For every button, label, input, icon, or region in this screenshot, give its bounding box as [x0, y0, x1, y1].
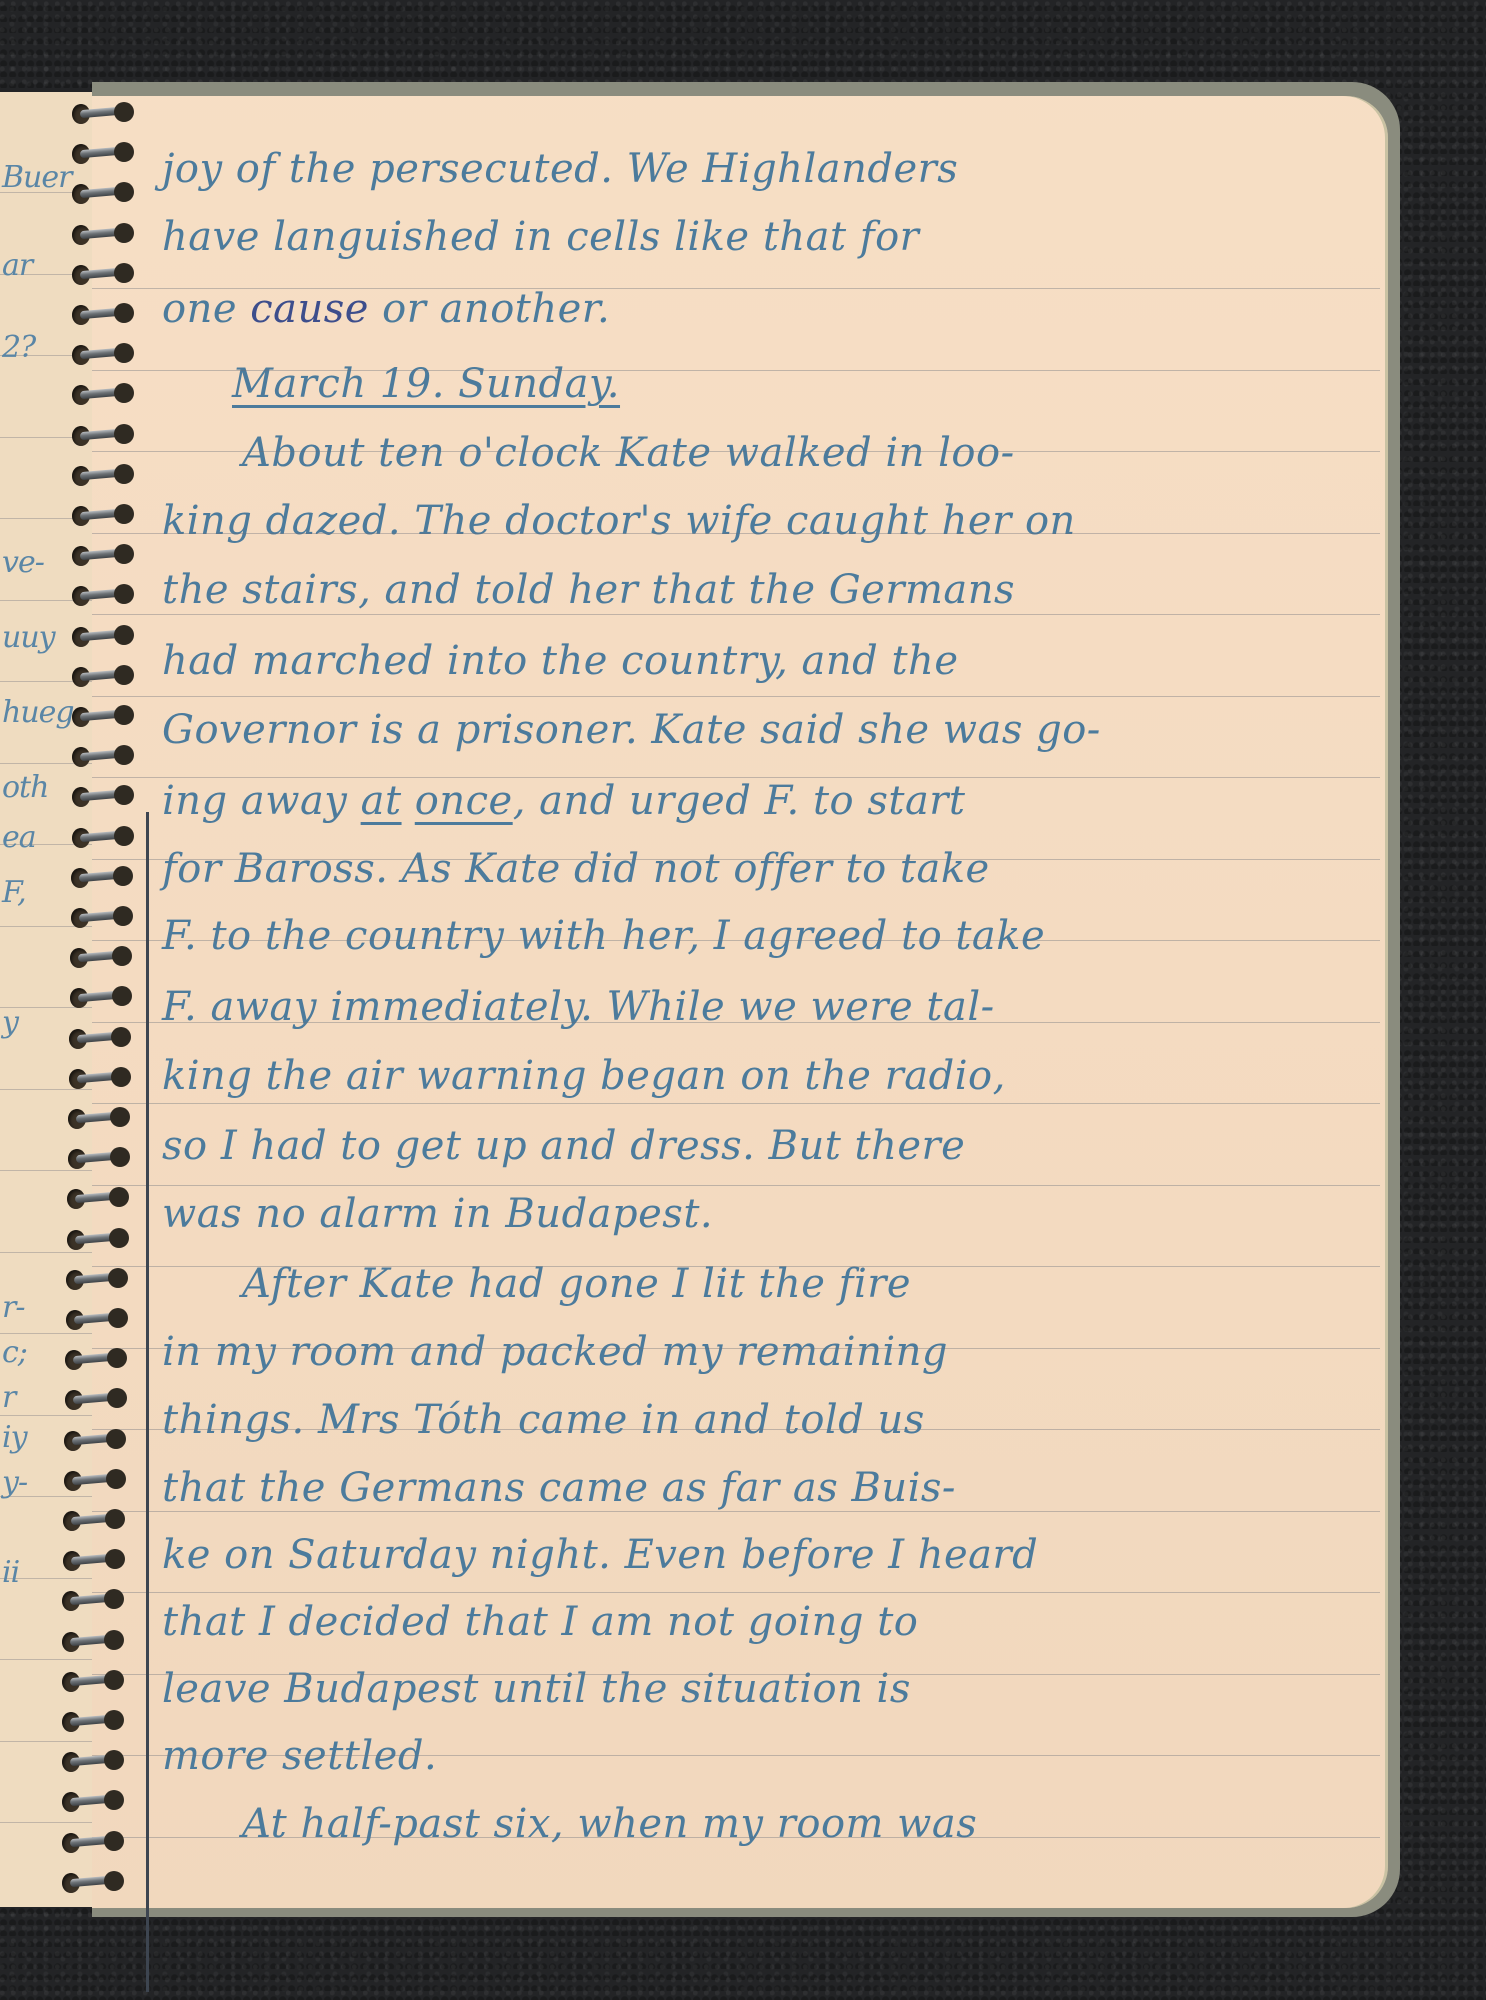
spiral-coil [72, 462, 134, 488]
ruled-line [92, 451, 1380, 452]
ruled-line [92, 1592, 1380, 1593]
ruled-line [92, 1755, 1380, 1756]
handwritten-text-area: joy of the persecuted. We Highlandershav… [92, 96, 1388, 1908]
spiral-coil [65, 1386, 127, 1412]
ruled-line [92, 1348, 1380, 1349]
spiral-coil [62, 1869, 124, 1895]
handwritten-line: was no alarm in Budapest. [162, 1191, 713, 1237]
spiral-coil [62, 1628, 124, 1654]
left-page-text-fragment: y- [2, 1465, 27, 1500]
ruled-line [92, 859, 1380, 860]
spiral-coil [62, 1587, 124, 1613]
spiral-coil [72, 783, 134, 809]
underlined-word: once [415, 778, 513, 824]
binding-spine [146, 812, 149, 1992]
spiral-coil [66, 1306, 128, 1332]
left-page-text-fragment: oth [2, 770, 48, 805]
handwritten-line: joy of the persecuted. We Highlanders [162, 146, 958, 192]
spiral-coil [69, 1025, 131, 1051]
handwritten-line: After Kate had gone I lit the fire [242, 1261, 911, 1307]
handwritten-line: more settled. [162, 1733, 437, 1779]
spiral-coil [71, 864, 133, 890]
spiral-coil [72, 582, 134, 608]
handwritten-line: one cause or another. [162, 286, 610, 332]
spiral-coil [62, 1668, 124, 1694]
left-page-text-fragment: r- [2, 1290, 24, 1325]
left-page-text-fragment: y [2, 1005, 18, 1040]
spiral-coil [70, 944, 132, 970]
spiral-coil [72, 261, 134, 287]
spiral-coil [72, 542, 134, 568]
spiral-coil [64, 1427, 126, 1453]
spiral-coil [62, 1829, 124, 1855]
handwritten-line: had marched into the country, and the [162, 638, 959, 684]
underlined-word: at [361, 778, 402, 824]
spiral-coil [62, 1708, 124, 1734]
ruled-line [92, 1266, 1380, 1267]
spiral-coil [65, 1346, 127, 1372]
left-page-text-fragment: ar [2, 248, 32, 283]
spiral-binding [60, 92, 140, 1892]
handwritten-line: in my room and packed my remaining [162, 1329, 948, 1375]
spiral-coil [72, 341, 134, 367]
ruled-line [92, 1022, 1380, 1023]
left-page-text-fragment: c; [2, 1335, 27, 1370]
ruled-line [92, 288, 1380, 289]
spiral-coil [64, 1467, 126, 1493]
spiral-coil [67, 1226, 129, 1252]
spiral-coil [68, 1105, 130, 1131]
spiral-coil [72, 180, 134, 206]
spiral-coil [72, 824, 134, 850]
ruled-line [92, 1837, 1380, 1838]
ruled-line [92, 533, 1380, 534]
spiral-coil [71, 904, 133, 930]
left-page-text-fragment: uuy [2, 620, 55, 655]
spiral-coil [72, 623, 134, 649]
ruled-line [92, 1674, 1380, 1675]
left-page-text-fragment: F, [2, 875, 26, 910]
spiral-coil [66, 1266, 128, 1292]
handwritten-line: ke on Saturday night. Even before I hear… [162, 1532, 1038, 1578]
handwritten-line: have languished in cells like that for [162, 214, 919, 260]
spiral-coil [72, 381, 134, 407]
handwritten-line: king dazed. The doctor's wife caught her… [162, 498, 1076, 544]
spiral-coil [72, 743, 134, 769]
ruled-line [92, 614, 1380, 615]
spiral-coil [72, 140, 134, 166]
spiral-coil [63, 1507, 125, 1533]
left-page-text-fragment: iy [2, 1420, 27, 1455]
handwritten-line: At half-past six, when my room was [242, 1801, 977, 1847]
spiral-coil [72, 100, 134, 126]
left-page-text-fragment: ea [2, 820, 36, 855]
spiral-coil [67, 1185, 129, 1211]
entry-date-heading: March 19. Sunday. [232, 361, 620, 407]
spiral-coil [72, 502, 134, 528]
spiral-coil [72, 301, 134, 327]
left-page-text-fragment: 2? [2, 330, 35, 365]
handwritten-line: so I had to get up and dress. But there [162, 1123, 965, 1169]
handwritten-line: the stairs, and told her that the German… [162, 567, 1015, 613]
handwritten-line: things. Mrs Tóth came in and told us [162, 1397, 925, 1443]
ruled-line [92, 696, 1380, 697]
ruled-line [92, 1511, 1380, 1512]
handwritten-line: About ten o'clock Kate walked in loo- [242, 430, 1015, 476]
left-page-text-fragment: ii [2, 1555, 19, 1590]
handwritten-line: F. away immediately. While we were tal- [162, 984, 995, 1030]
spiral-coil [69, 1065, 131, 1091]
ruled-line [92, 940, 1380, 941]
handwritten-line: Governor is a prisoner. Kate said she wa… [162, 707, 1101, 753]
ruled-line [92, 370, 1380, 371]
handwritten-line: that I decided that I am not going to [162, 1599, 918, 1645]
inserted-word: cause [250, 286, 369, 332]
ruled-line [92, 1103, 1380, 1104]
spiral-coil [63, 1547, 125, 1573]
handwritten-line: F. to the country with her, I agreed to … [162, 913, 1045, 959]
spiral-coil [72, 703, 134, 729]
left-page-text-fragment: r [2, 1380, 15, 1415]
right-page: joy of the persecuted. We Highlandershav… [92, 96, 1388, 1908]
handwritten-line: ing away at once, and urged F. to start [162, 778, 966, 824]
handwritten-line: king the air warning began on the radio, [162, 1053, 1006, 1099]
spiral-coil [72, 221, 134, 247]
ruled-line [92, 1429, 1380, 1430]
spiral-coil [62, 1748, 124, 1774]
spiral-coil [70, 984, 132, 1010]
ruled-line [92, 777, 1380, 778]
handwritten-line: that the Germans came as far as Buis- [162, 1465, 956, 1511]
spiral-coil [72, 422, 134, 448]
handwritten-line: for Baross. As Kate did not offer to tak… [162, 846, 990, 892]
handwritten-line: leave Budapest until the situation is [162, 1666, 911, 1712]
spiral-coil [62, 1788, 124, 1814]
ruled-line [92, 1185, 1380, 1186]
spiral-coil [68, 1145, 130, 1171]
spiral-coil [72, 663, 134, 689]
left-page-text-fragment: ve- [2, 545, 44, 580]
